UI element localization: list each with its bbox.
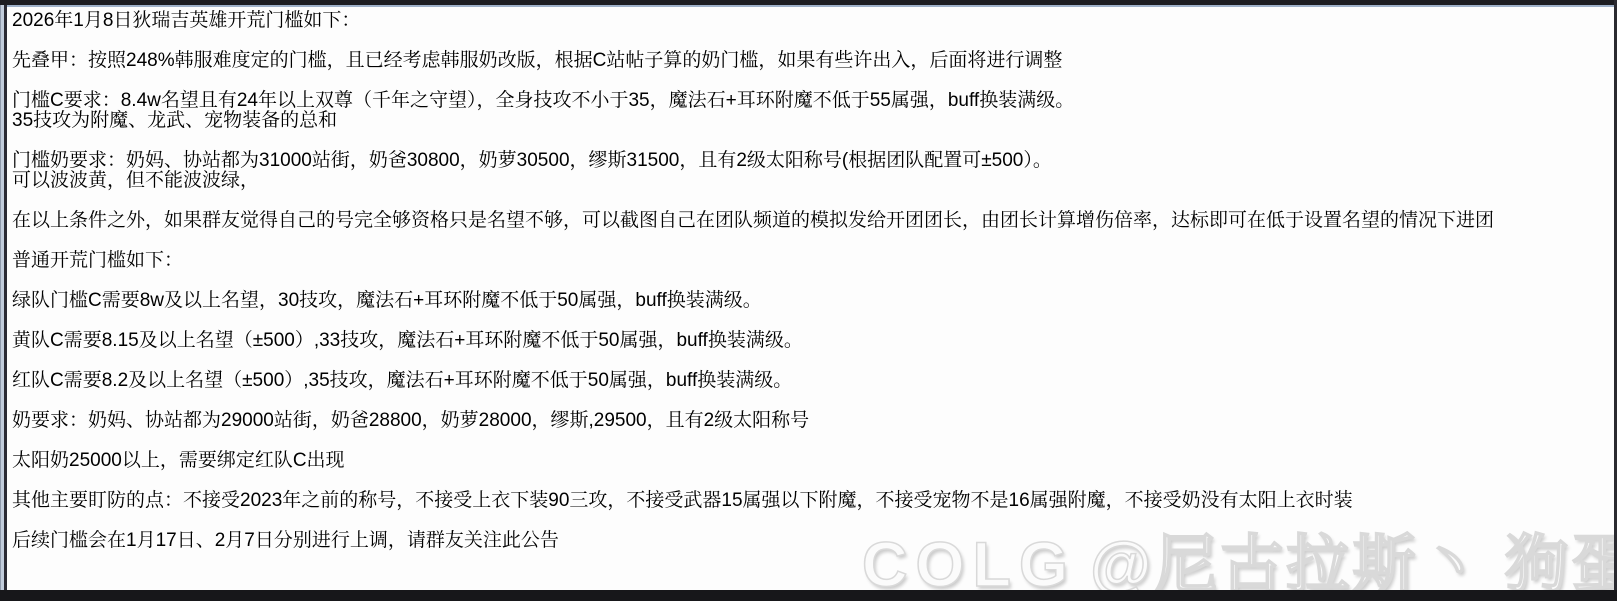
window-top-accent-line (0, 5, 1614, 7)
paragraph-watch-points: 其他主要盯防的点：不接受2023年之前的称号，不接受上衣下装90三攻，不接受武器… (12, 491, 1613, 511)
announcement-body: 2026年1月8日狄瑞吉英雄开荒门槛如下： 先叠甲：按照248%韩服难度定的门槛… (7, 7, 1613, 571)
paragraph-dps-requirement: 门槛C要求：8.4w名望且有24年以上双尊（千年之守望），全身技攻不小于35，魔… (12, 91, 1613, 131)
paragraph-normal-title: 普通开荒门槛如下： (12, 251, 1613, 271)
paragraph-yellow-team: 黄队C需要8.15及以上名望（±500）,33技攻，魔法石+耳环附魔不低于50属… (12, 331, 1613, 351)
paragraph-green-team: 绿队门槛C需要8w及以上名望，30技攻，魔法石+耳环附魔不低于50属强，buff… (12, 291, 1613, 311)
window-bottom-edge (0, 590, 1617, 601)
announcement-window: 2026年1月8日狄瑞吉英雄开荒门槛如下： 先叠甲：按照248%韩服难度定的门槛… (0, 0, 1617, 601)
window-left-edge (0, 5, 7, 601)
paragraph-sun-healer: 太阳奶25000以上，需要绑定红队C出现 (12, 451, 1613, 471)
paragraph-exception-rule: 在以上条件之外，如果群友觉得自己的号完全够资格只是名望不够，可以截图自己在团队频… (12, 211, 1613, 231)
paragraph-normal-healer: 奶要求：奶妈、协站都为29000站街，奶爸28800，奶萝28000，缪斯,29… (12, 411, 1613, 431)
colg-watermark: COLG@尼古拉斯丶 狗蛋 (862, 514, 1617, 601)
paragraph-disclaimer: 先叠甲：按照248%韩服难度定的门槛，且已经考虑韩服奶改版，根据C站帖子算的奶门… (12, 51, 1613, 71)
paragraph-red-team: 红队C需要8.2及以上名望（±500）,35技攻，魔法石+耳环附魔不低于50属强… (12, 371, 1613, 391)
paragraph-healer-requirement: 门槛奶要求：奶妈、协站都为31000站街，奶爸30800，奶萝30500，缪斯3… (12, 151, 1613, 191)
paragraph-date-title: 2026年1月8日狄瑞吉英雄开荒门槛如下： (12, 11, 1613, 31)
